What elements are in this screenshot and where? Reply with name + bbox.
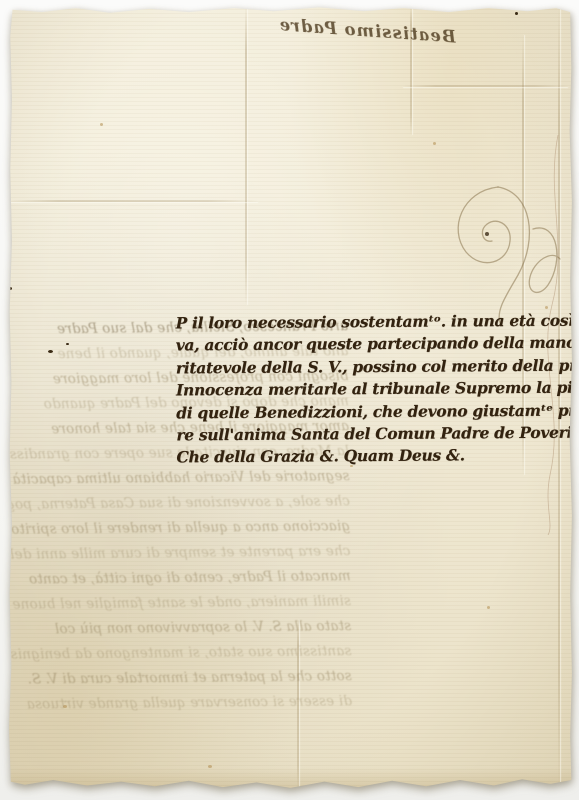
fold-crease xyxy=(8,200,258,202)
fold-crease xyxy=(245,5,247,305)
text-line: ritatevole della S. V., possino col meri… xyxy=(176,354,568,379)
text-line: Innocenza meritarle al tribunale Supremo… xyxy=(176,377,568,402)
fox-spot xyxy=(100,123,103,126)
fold-crease xyxy=(403,85,568,87)
bleed-line: giacciono anco a quella di rendere il lo… xyxy=(12,514,350,543)
fox-spot xyxy=(487,606,490,609)
bleed-line: santissimo suo stato, si mantengono da b… xyxy=(13,639,351,668)
manuscript-page: Beatissimo Padre ario Francesco, Sicilia… xyxy=(8,5,573,791)
text-line: re sull'anima Santa del Comun Padre de P… xyxy=(176,422,568,447)
ink-speck xyxy=(8,287,12,290)
bleed-inscription: Beatissimo Padre xyxy=(266,14,457,46)
ink-speck xyxy=(332,784,337,787)
bleed-line: sotto che la paterna et immortale cura d… xyxy=(14,664,352,693)
fox-spot xyxy=(208,765,212,768)
bleed-line: simili maniera, onde le sante famiglie n… xyxy=(13,589,351,618)
text-line: va, acciò ancor queste partecipando dell… xyxy=(176,332,568,357)
text-line: P il loro necessario sostentamᵗᵒ. in una… xyxy=(175,310,567,335)
bleed-line: mancato il Padre, cento di ogni città, e… xyxy=(13,564,351,593)
fox-spot xyxy=(433,142,436,145)
letter-text: P il loro necessario sostentamᵗᵒ. in una… xyxy=(175,310,568,470)
bleed-line: che era parente et sempre di cura mille … xyxy=(12,539,350,568)
manuscript-page-shadow: Beatissimo Padre ario Francesco, Sicilia… xyxy=(8,5,573,791)
text-line: di quelle Benedizzioni, che devono giust… xyxy=(176,399,568,424)
ink-dot xyxy=(485,232,489,236)
bleed-line: di essere si conservare quella grande vi… xyxy=(14,689,352,718)
bleed-line: stato alla S. V. lo sopravvivono non più… xyxy=(13,614,351,643)
spiral-flourish-mark xyxy=(440,177,575,327)
text-line: Che della Grazia &. Quam Deus &. xyxy=(176,444,568,469)
ink-speck xyxy=(515,12,518,15)
scan-background: Beatissimo Padre ario Francesco, Sicilia… xyxy=(0,0,579,800)
bleed-line: che sole, a sovvenzione di sua Casa Pate… xyxy=(12,489,350,518)
fox-spot xyxy=(545,306,548,309)
